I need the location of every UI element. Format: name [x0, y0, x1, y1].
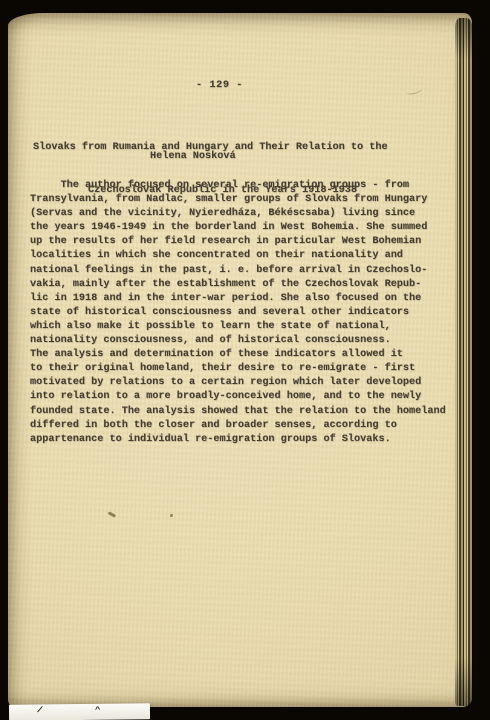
abstract-text: The author focused on several re-emigrat…: [30, 179, 446, 447]
paper-scratch: [405, 85, 422, 96]
page-number: - 129 -: [196, 79, 243, 93]
pen-mark: ^: [95, 706, 100, 714]
paper-slip: / ^: [9, 703, 150, 720]
page-edge-stack: [455, 18, 472, 706]
book-page: - 129 - Slovaks from Rumania and Hungary…: [8, 13, 472, 707]
pen-mark: /: [36, 705, 43, 716]
paper-speck: [108, 511, 116, 517]
paper-speck: [170, 514, 173, 517]
author-name: Helena Nosková: [150, 150, 236, 164]
